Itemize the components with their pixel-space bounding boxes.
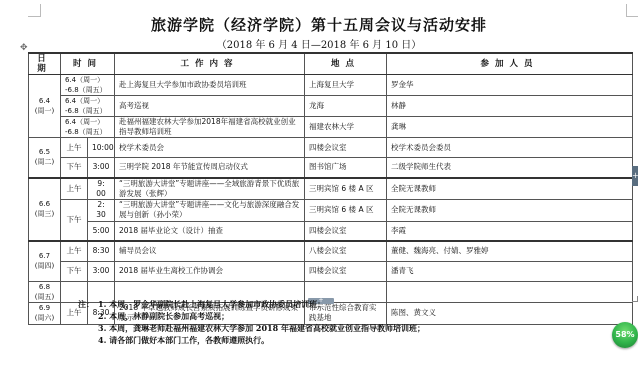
table-row: 下午 3:00 2018 届毕业生离校工作协调会 四楼会议室 潘青飞 — [29, 261, 633, 281]
table-row: 6.4（周一） -6.8（周五） 高考巡视 龙海 林静 — [29, 96, 633, 117]
table-resize-handle[interactable] — [632, 296, 638, 302]
location-cell: 四楼会议室 — [305, 138, 387, 158]
time-cell: 5:00 — [88, 221, 115, 241]
time-cell: 9: 00 — [88, 178, 115, 200]
content-cell: 赴上海复旦大学参加市政协委员培训班 — [115, 75, 305, 96]
table-header-row: 日期 时间 工作内容 地点 参加人员 — [29, 53, 633, 75]
location-cell: 四楼会议室 — [305, 221, 387, 241]
date-cell: 6.8 (周五) — [29, 281, 61, 302]
schedule-table: 日期 时间 工作内容 地点 参加人员 6.4 (周一) 6.4（周一） -6.8… — [28, 52, 633, 325]
participants-cell: 全院无课教师 — [387, 178, 633, 200]
note-item: 1. 本周，罗金华副院长赴上海复旦大学参加市政协委员培训班； — [98, 298, 325, 310]
date-cell: 6.9 (周六) — [29, 302, 61, 324]
insert-column-button[interactable]: + — [632, 166, 638, 186]
location-cell: 福建农林大学 — [305, 117, 387, 138]
content-cell: 高考巡视 — [115, 96, 305, 117]
date-cell: 6.5 (周二) — [29, 138, 61, 178]
note-item: 2. 本周，林静副院长参加高考巡视； — [78, 310, 425, 322]
content-cell: 2018 届毕业生离校工作协调会 — [115, 261, 305, 281]
header-participants: 参加人员 — [387, 53, 633, 75]
period-cell: 上午 — [61, 241, 88, 261]
date-cell: 6.7 (周四) — [29, 241, 61, 281]
header-date: 日期 — [29, 53, 61, 75]
time-cell: 2: 30 — [88, 199, 115, 221]
header-time: 时间 — [61, 53, 115, 75]
content-cell: “三明旅游大讲堂”专题讲座——全域旅游背景下优质旅游发展（张辉） — [115, 178, 305, 200]
participants-cell: 林静 — [387, 96, 633, 117]
participants-cell: 董健、魏海亮、付婧、罗雅婷 — [387, 241, 633, 261]
period-cell: 上午 — [61, 178, 88, 200]
table-move-handle-icon[interactable]: ✥ — [20, 44, 28, 53]
time-cell: 3:00 — [88, 158, 115, 178]
participants-cell: 罗金华 — [387, 75, 633, 96]
time-range-cell: 6.4（周一） -6.8（周五） — [61, 75, 115, 96]
participants-cell: 全院无课教师 — [387, 199, 633, 221]
location-cell: 三明宾馆 6 楼 A 区 — [305, 178, 387, 200]
time-cell: 10:00 — [88, 138, 115, 158]
content-cell: 2018 届毕业论文（设计）抽查 — [115, 221, 305, 241]
period-cell: 下午 — [61, 261, 88, 281]
period-cell: 上午 — [61, 138, 88, 158]
participants-cell: 龚琳 — [387, 117, 633, 138]
notes-section: 注： 1. 本周，罗金华副院长赴上海复旦大学参加市政协委员培训班； 2. 本周，… — [78, 298, 425, 346]
table-row: 6.7 (周四) 上午 8:30 辅导员会议 八楼会议室 董健、魏海亮、付婧、罗… — [29, 241, 633, 261]
notes-prefix: 注： — [78, 298, 98, 310]
note-item: 3. 本周，龚琳老师赴福州福建农林大学参加 2018 年福建省高校就业创业指导教… — [78, 322, 425, 334]
location-cell: 图书馆广场 — [305, 158, 387, 178]
content-cell: 辅导员会议 — [115, 241, 305, 261]
header-location: 地点 — [305, 53, 387, 75]
time-cell: 8:30 — [88, 241, 115, 261]
participants-cell: 二级学院师生代表 — [387, 158, 633, 178]
content-cell: 赴福州福建农林大学参加2018年福建省高校就业创业指导教师培训班 — [115, 117, 305, 138]
document-title: 旅游学院（经济学院）第十五周会议与活动安排 — [0, 14, 638, 35]
time-range-cell: 6.4（周一） -6.8（周五） — [61, 96, 115, 117]
content-cell: 三明学院 2018 年节能宣传周启动仪式 — [115, 158, 305, 178]
participants-cell: 李霞 — [387, 221, 633, 241]
table-row: 6.4（周一） -6.8（周五） 赴福州福建农林大学参加2018年福建省高校就业… — [29, 117, 633, 138]
period-cell: 下午 — [61, 158, 88, 178]
location-cell: 三明宾馆 6 楼 A 区 — [305, 199, 387, 221]
content-cell: 校学术委员会 — [115, 138, 305, 158]
location-cell: 上海复旦大学 — [305, 75, 387, 96]
period-cell: 下午 — [61, 199, 88, 241]
location-cell: 四楼会议室 — [305, 261, 387, 281]
note-item: 4. 请各部门做好本部门工作，各教师遵照执行。 — [78, 334, 425, 346]
table-row: 下午 2: 30 “三明旅游大讲堂”专题讲座——文化与旅游深度融合发展与创新（孙… — [29, 199, 633, 221]
date-cell: 6.6 (周三) — [29, 178, 61, 242]
table-row: 6.4 (周一) 6.4（周一） -6.8（周五） 赴上海复旦大学参加市政协委员… — [29, 75, 633, 96]
table-row: 5:00 2018 届毕业论文（设计）抽查 四楼会议室 李霞 — [29, 221, 633, 241]
time-cell: 3:00 — [88, 261, 115, 281]
participants-cell: 潘青飞 — [387, 261, 633, 281]
header-content: 工作内容 — [115, 53, 305, 75]
participants-cell: 校学术委员会委员 — [387, 138, 633, 158]
table-row: 6.5 (周二) 上午 10:00 校学术委员会 四楼会议室 校学术委员会委员 — [29, 138, 633, 158]
location-cell: 龙海 — [305, 96, 387, 117]
table-row: 下午 3:00 三明学院 2018 年节能宣传周启动仪式 图书馆广场 二级学院师… — [29, 158, 633, 178]
time-range-cell: 6.4（周一） -6.8（周五） — [61, 117, 115, 138]
zoom-level-badge[interactable]: 58% — [612, 322, 638, 348]
content-cell: “三明旅游大讲堂”专题讲座——文化与旅游深度融合发展与创新（孙小荣） — [115, 199, 305, 221]
date-cell: 6.4 (周一) — [29, 75, 61, 138]
document-subtitle: （2018 年 6 月 4 日—2018 年 6 月 10 日） — [0, 36, 638, 51]
location-cell: 八楼会议室 — [305, 241, 387, 261]
table-row: 6.6 (周三) 上午 9: 00 “三明旅游大讲堂”专题讲座——全域旅游背景下… — [29, 178, 633, 200]
